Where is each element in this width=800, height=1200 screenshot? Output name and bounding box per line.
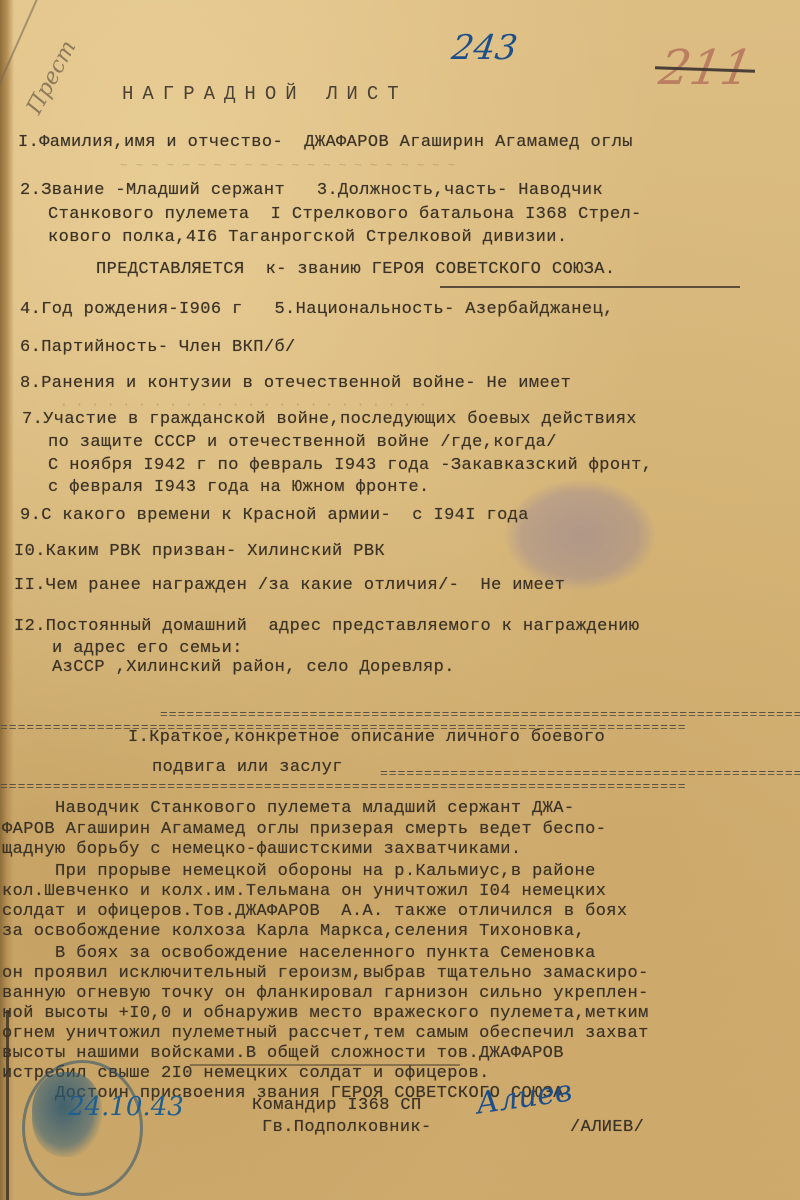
commander-name: /АЛИЕВ/: [570, 1118, 644, 1137]
section-heading-1: I.Краткое,конкретное описание личного бо…: [128, 728, 605, 747]
field-conscription-office: I0.Каким РВК призван- Хилинский РВК: [14, 542, 385, 561]
narrative-line: огнем уничтожил пулеметный рассчет,тем с…: [2, 1024, 649, 1043]
narrative-line: за освобождение колхоза Карла Маркса,сел…: [2, 922, 585, 941]
narrative-line: он проявил исключительный героизм,выбрав…: [2, 964, 649, 983]
dash-separator: ========================================…: [0, 779, 800, 794]
narrative-line: ной высоты +I0,0 и обнаружив место враже…: [2, 1004, 649, 1023]
narrative-line: ванную огневую точку он фланкировал гарн…: [2, 984, 649, 1003]
handwritten-date: 24.10.43: [68, 1092, 184, 1122]
section-heading-2: подвига или заслуг: [152, 758, 343, 777]
field-wounds: 8.Ранения и контузии в отечественной вой…: [20, 374, 571, 393]
field-war-participation-3: С ноября I942 г по февраль I943 года -За…: [48, 456, 652, 475]
field-birth-nationality: 4.Год рождения-I906 г 5.Национальность- …: [20, 300, 614, 319]
narrative-line: кол.Шевченко и колх.им.Тельмана он уничт…: [2, 882, 606, 901]
field-rank-position: 2.Звание -Младший сержант 3.Должность,ча…: [20, 181, 603, 200]
document-title: НАГРАДНОЙ ЛИСТ: [122, 83, 408, 105]
narrative-line: Наводчик Станкового пулемета младший сер…: [2, 799, 575, 818]
field-party: 6.Партийность- Член ВКП/б/: [20, 338, 296, 357]
field-unit-line2: Станкового пулемета I Стрелкового баталь…: [48, 205, 642, 224]
purple-ink-stamp: [505, 480, 655, 590]
field-home-address-1: I2.Постоянный домашний адрес представляе…: [14, 617, 640, 636]
narrative-line: При прорыве немецкой обороны на р.Кальми…: [2, 862, 596, 881]
field-unit-line3: кового полка,4I6 Таганрогской Стрелковой…: [48, 228, 567, 247]
field-war-participation-2: по защите СССР и отечественной войне /гд…: [48, 433, 557, 452]
commander-rank: Гв.Подполковник-: [262, 1118, 432, 1137]
narrative-line: солдат и офицеров.Тов.ДЖАФАРОВ А.А. такж…: [2, 902, 628, 921]
commander-title: Командир I368 СП: [252, 1096, 422, 1115]
field-war-participation-4: с февраля I943 года на Южном фронте.: [48, 478, 430, 497]
corner-handwritten-note: Прест: [22, 37, 81, 119]
field-war-participation-1: 7.Участие в гражданской войне,последующи…: [22, 410, 637, 429]
narrative-line: В боях за освобождение населенного пункт…: [2, 944, 596, 963]
narrative-line: ФАРОВ Агаширин Агамамед оглы призерая см…: [2, 820, 606, 839]
narrative-line: щадную борьбу с немецко-фашистскими захв…: [2, 840, 521, 859]
pencil-underline: [190, 1064, 460, 1066]
field-home-address-2: и адрес его семьи:: [52, 639, 243, 658]
page-number-handwritten: 243: [449, 28, 520, 68]
presented-for-title: ПРЕДСТАВЛЯЕТСЯ к- званию ГЕРОЯ СОВЕТСКОГ…: [96, 260, 615, 279]
bleed-through-text: ~ ~ ~ ~ ~ ~ ~ ~ ~ ~ ~ ~ ~ ~ ~ ~ ~ ~ ~ ~ …: [120, 158, 455, 173]
field-previous-awards: II.Чем ранее награжден /за какие отличия…: [14, 576, 565, 595]
field-red-army-since: 9.С какого времени к Красной армии- с I9…: [20, 506, 529, 525]
title-underline: [440, 286, 740, 288]
field-full-name: I.Фамилия,имя и отчество- ДЖАФАРОВ Агаши…: [18, 133, 633, 152]
field-home-address-3: АзССР ,Хилинский район, село Доревляр.: [52, 658, 455, 677]
